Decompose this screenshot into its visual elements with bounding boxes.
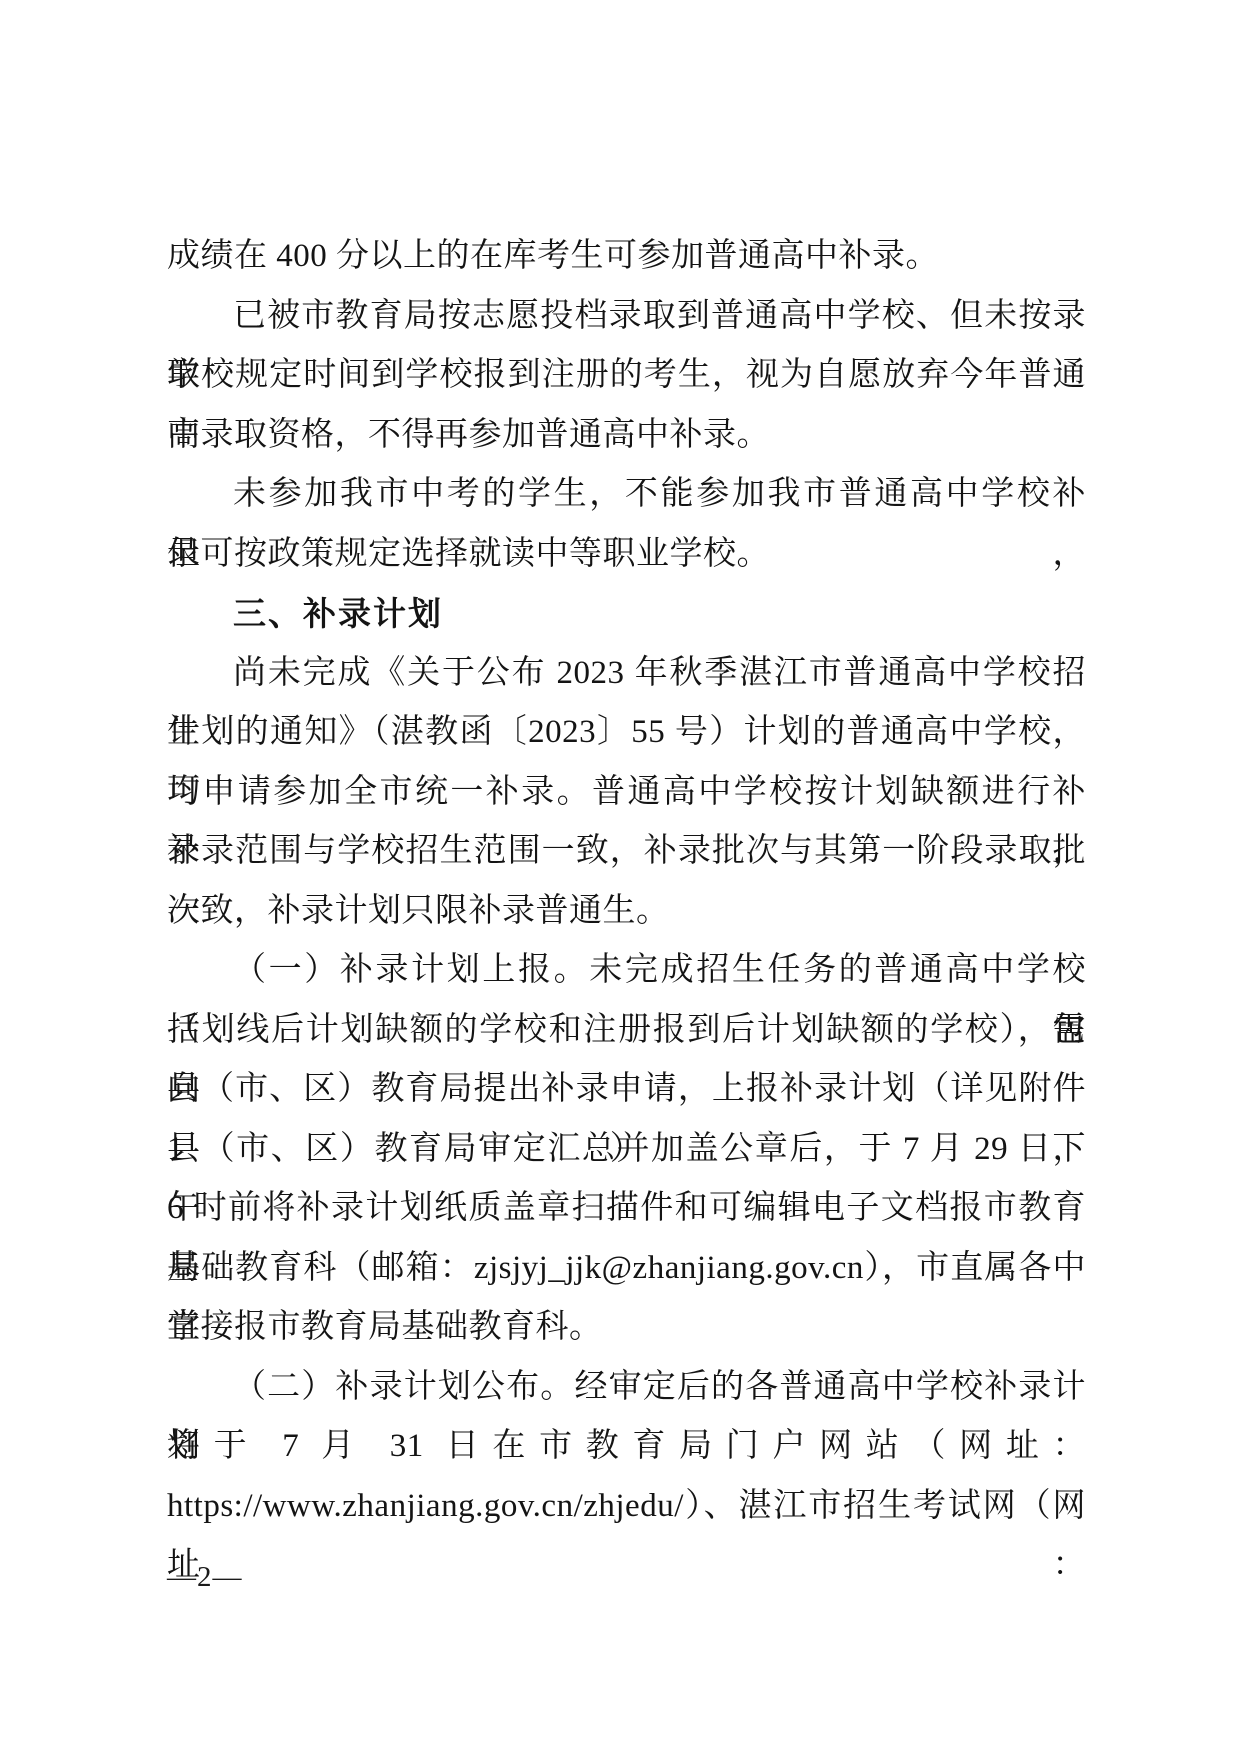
doc-line-21: https://www.zhanjiang.gov.cn/zhjedu/）、湛江… (167, 1477, 1086, 1537)
doc-line-13: 括划线后计划缺额的学校和注册报到后计划缺额的学校），需向 (167, 1001, 1086, 1061)
doc-line-12: （一）补录计划上报。未完成招生任务的普通高中学校（包 (167, 941, 1086, 1001)
section-heading: 三、补录计划 (167, 584, 1086, 644)
doc-line-17: 基础教育科（邮箱：zjsjyj_jjk@zhanjiang.gov.cn），市直… (167, 1239, 1086, 1299)
doc-line-10: 补录范围与学校招生范围一致，补录批次与其第一阶段录取批次 (167, 822, 1086, 882)
doc-line-16: 6 时前将补录计划纸质盖章扫描件和可编辑电子文档报市教育局 (167, 1179, 1086, 1239)
doc-line-8: 计划的通知》（湛教函〔2023〕55 号）计划的普通高中学校，均 (167, 703, 1086, 763)
document-page: 成绩在 400 分以上的在库考生可参加普通高中补录。 已被市教育局按志愿投档录取… (0, 0, 1240, 1754)
doc-line-11: 一致，补录计划只限补录普通生。 (167, 882, 1086, 942)
doc-line-4: 未参加我市中考的学生，不能参加我市普通高中学校补录， (167, 465, 1086, 525)
doc-line-1: 已被市教育局按志愿投档录取到普通高中学校、但未按录取 (167, 287, 1086, 347)
doc-line-7: 尚未完成《关于公布 2023 年秋季湛江市普通高中学校招生 (167, 644, 1086, 704)
doc-line-0: 成绩在 400 分以上的在库考生可参加普通高中补录。 (167, 227, 1086, 287)
doc-line-19: （二）补录计划公布。经审定后的各普通高中学校补录计划 (167, 1358, 1086, 1418)
doc-line-20: 将于 7 月 31 日在市教育局门户网站（网址： (167, 1417, 1086, 1477)
doc-line-3: 中录取资格，不得再参加普通高中补录。 (167, 406, 1086, 466)
page-number: —2— (167, 1560, 243, 1594)
doc-line-15: 县（市、区）教育局审定汇总并加盖公章后，于 7 月 29 日下午 (167, 1120, 1086, 1180)
doc-line-18: 直接报市教育局基础教育科。 (167, 1298, 1086, 1358)
document-body: 成绩在 400 分以上的在库考生可参加普通高中补录。 已被市教育局按志愿投档录取… (167, 227, 1086, 1536)
doc-line-9: 可申请参加全市统一补录。普通高中学校按计划缺额进行补录， (167, 763, 1086, 823)
doc-line-14: 县（市、区）教育局提出补录申请，上报补录计划（详见附件 1）， (167, 1060, 1086, 1120)
doc-line-2: 学校规定时间到学校报到注册的考生，视为自愿放弃今年普通高 (167, 346, 1086, 406)
